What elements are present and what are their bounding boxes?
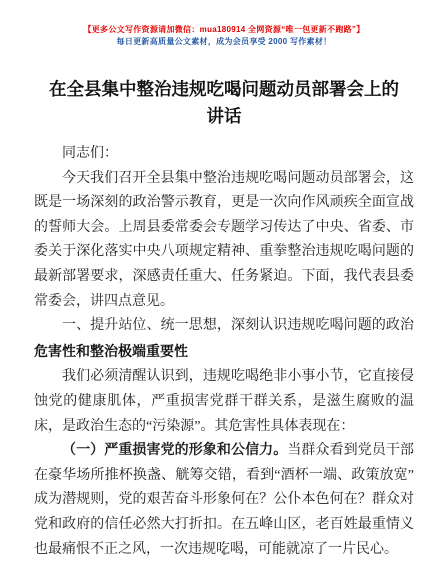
- promo-line-blue: 每日更新高质量公文素材，成为会员享受 2000 写作素材！: [0, 36, 448, 48]
- promo-line-red: 【更多公文写作资源请加微信：mua180914 全网资源“唯一包更新不跑路”】: [0, 24, 448, 36]
- item-1-text: 当群众看到党员干部在豪华场所推杯换盏、觥筹交错，看到“酒杯一端、政策放宽”成为潜…: [34, 443, 414, 556]
- promo-banner: 【更多公文写作资源请加微信：mua180914 全网资源“唯一包更新不跑路”】 …: [0, 0, 448, 48]
- document-body: 同志们： 今天我们召开全县集中整治违规吃喝问题动员部署会，这既是一场深刻的政治警…: [0, 142, 448, 562]
- section-heading-1-lead: 一、提升站位、统一思想，深刻认识违规吃喝问题的政治: [62, 318, 414, 333]
- document-title: 在全县集中整治违规吃喝问题动员部署会上的讲话: [46, 76, 402, 130]
- document-page: 【更多公文写作资源请加微信：mua180914 全网资源“唯一包更新不跑路”】 …: [0, 0, 448, 580]
- paragraph-item-1: （一）严重损害党的形象和公信力。当群众看到党员干部在豪华场所推杯换盏、觥筹交错，…: [34, 439, 414, 562]
- paragraph-intro: 今天我们召开全县集中整治违规吃喝问题动员部署会，这既是一场深刻的政治警示教育，更…: [34, 167, 414, 315]
- section-heading-1: 一、提升站位、统一思想，深刻认识违规吃喝问题的政治危害性和整治极端重要性: [34, 314, 414, 365]
- item-1-lead: （一）严重损害党的形象和公信力。: [62, 443, 287, 458]
- section-heading-1-tail: 危害性和整治极端重要性: [34, 343, 188, 359]
- salutation: 同志们：: [34, 142, 414, 167]
- paragraph-harm: 我们必须清醒认识到，违规吃喝绝非小事小节，它直接侵蚀党的健康肌体，严重损害党群干…: [34, 365, 414, 439]
- page-number: 1: [0, 547, 448, 558]
